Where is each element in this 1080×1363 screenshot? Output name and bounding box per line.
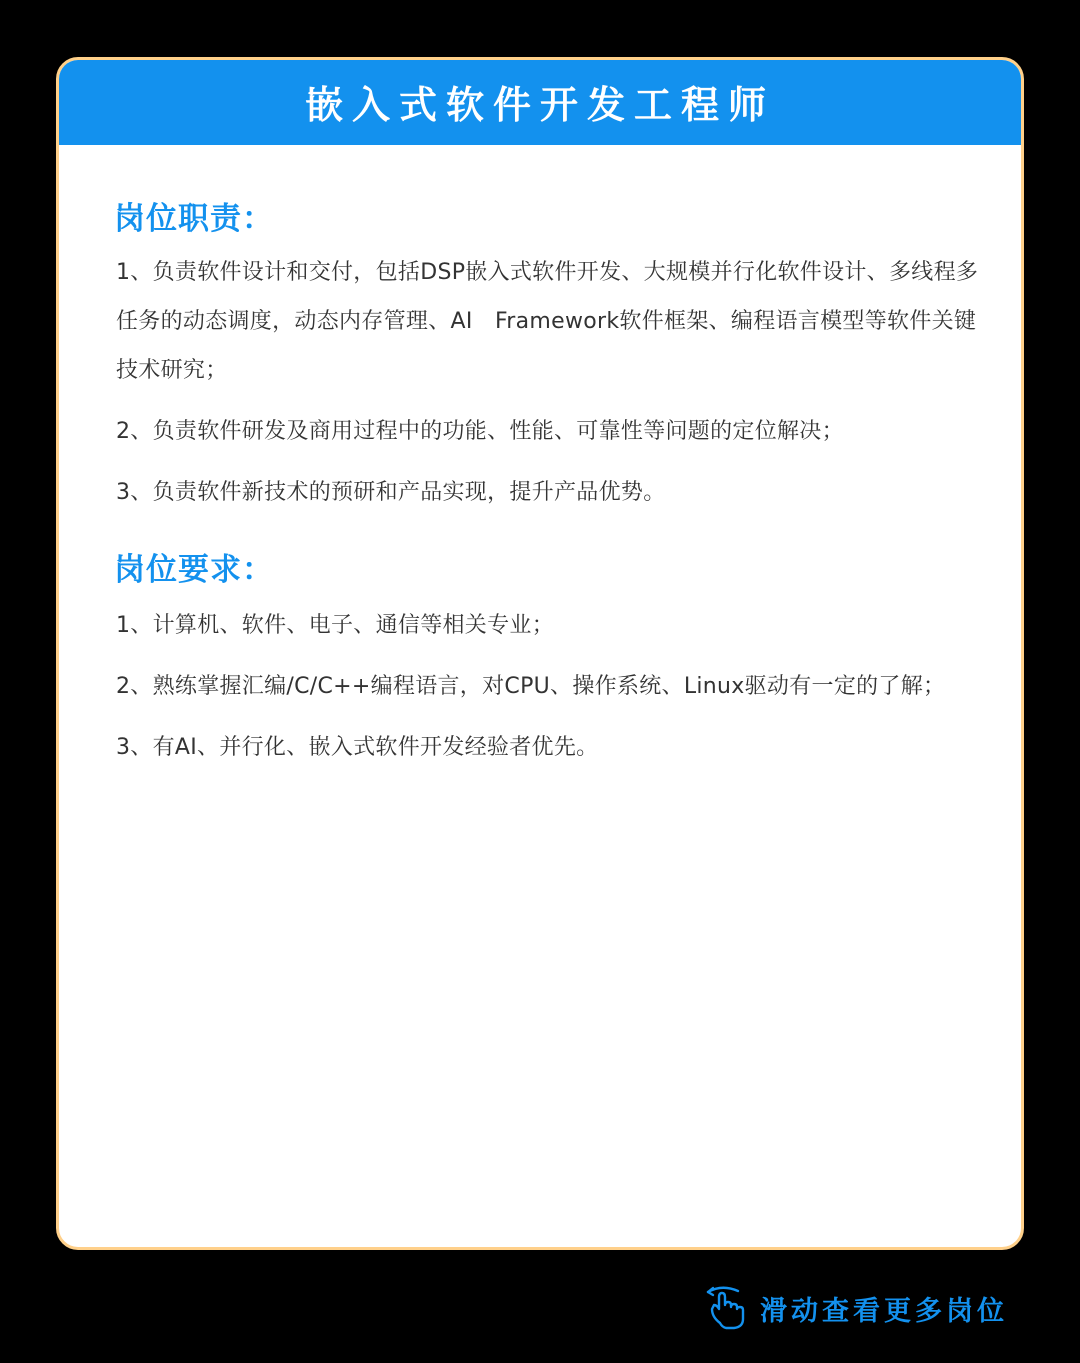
requirement-item: 2、熟练掌握汇编/C/C++编程语言，对CPU、操作系统、Linux驱动有一定的… — [116, 662, 986, 711]
responsibility-item: 1、负责软件设计和交付，包括DSP嵌入式软件开发、大规模并行化软件设计、多线程多… — [116, 248, 986, 395]
responsibility-item: 3、负责软件新技术的预研和产品实现，提升产品优势。 — [116, 468, 986, 517]
requirement-item: 1、计算机、软件、电子、通信等相关专业； — [116, 601, 986, 650]
swipe-more-hint[interactable]: 滑动查看更多岗位 — [704, 1283, 1008, 1333]
card-header: 嵌入式软件开发工程师 — [56, 57, 1024, 145]
responsibility-item: 2、负责软件研发及商用过程中的功能、性能、可靠性等问题的定位解决； — [116, 407, 986, 456]
job-card: 嵌入式软件开发工程师 岗位职责： 1、负责软件设计和交付，包括DSP嵌入式软件开… — [56, 57, 1024, 1250]
requirement-item: 3、有AI、并行化、嵌入式软件开发经验者优先。 — [116, 723, 986, 772]
swipe-hand-icon — [704, 1283, 750, 1333]
job-title: 嵌入式软件开发工程师 — [305, 74, 775, 129]
requirements-heading: 岗位要求： — [114, 544, 274, 589]
swipe-more-label: 滑动查看更多岗位 — [760, 1289, 1008, 1328]
responsibilities-heading: 岗位职责： — [114, 193, 274, 238]
